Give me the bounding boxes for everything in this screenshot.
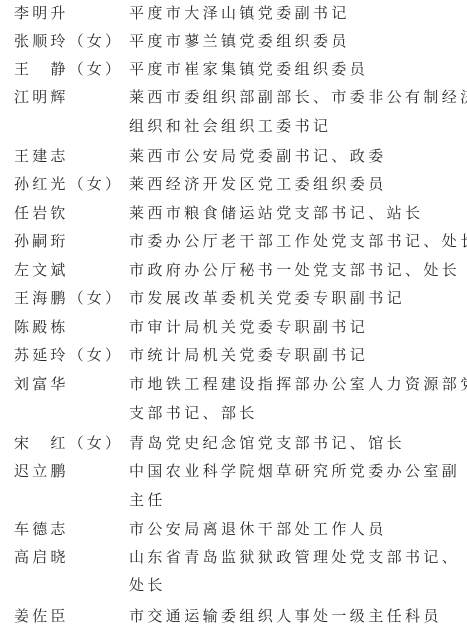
person-position: 市交通运输委组织人事处一级主任科员 [129,603,442,629]
person-name: 高启晓 [14,544,69,571]
person-position: 市审计局机关党委专职副书记 [129,314,368,341]
person-name: 车德志 [14,516,69,543]
person-name: 孙红光（女） [14,171,123,198]
person-name: 张顺玲（女） [14,28,123,55]
person-position: 市公安局离退休干部处工作人员 [129,516,387,543]
person-position: 青岛党史纪念馆党支部书记、馆长 [129,430,405,457]
person-name: 任岩钦 [14,200,69,227]
person-position-continued: 处长 [129,572,166,599]
person-name: 孙嗣珩 [14,228,69,255]
person-position: 莱西经济开发区党工委组织委员 [129,171,387,198]
person-position: 中国农业科学院烟草研究所党委办公室副 [129,458,460,485]
person-position: 市发展改革委机关党委专职副书记 [129,285,405,312]
person-position: 平度市崔家集镇党委组织委员 [129,56,368,83]
person-name: 陈殿栋 [14,314,69,341]
person-name: 王 静（女） [14,56,123,83]
person-name: 苏延玲（女） [14,342,123,369]
person-position: 平度市大泽山镇党委副书记 [129,0,350,27]
person-position: 莱西市公安局党委副书记、政委 [129,143,387,170]
person-position: 市地铁工程建设指挥部办公室人力资源部党 [129,371,467,398]
person-position-continued: 组织和社会组织工委书记 [129,113,331,140]
person-position: 市统计局机关党委专职副书记 [129,342,368,369]
person-name: 江明辉 [14,84,69,111]
person-position: 平度市蓼兰镇党委组织委员 [129,28,350,55]
person-position: 山东省青岛监狱狱政管理处党支部书记、 [129,544,460,571]
person-name: 宋 红（女） [14,430,123,457]
person-name: 姜佐臣 [14,603,69,629]
person-position: 莱西市委组织部副部长、市委非公有制经济 [129,84,467,111]
person-position: 莱西市粮食储运站党支部书记、站长 [129,200,423,227]
person-name: 左文斌 [14,257,69,284]
person-name: 迟立鹏 [14,458,69,485]
person-position-continued: 支部书记、部长 [129,400,258,427]
person-name: 李明升 [14,0,69,27]
person-position-continued: 主任 [129,487,166,514]
person-name: 刘富华 [14,371,69,398]
person-position: 市政府办公厅秘书一处党支部书记、处长 [129,257,460,284]
person-name: 王建志 [14,143,69,170]
person-position: 市委办公厅老干部工作处党支部书记、处长 [129,228,467,255]
person-name: 王海鹏（女） [14,285,123,312]
